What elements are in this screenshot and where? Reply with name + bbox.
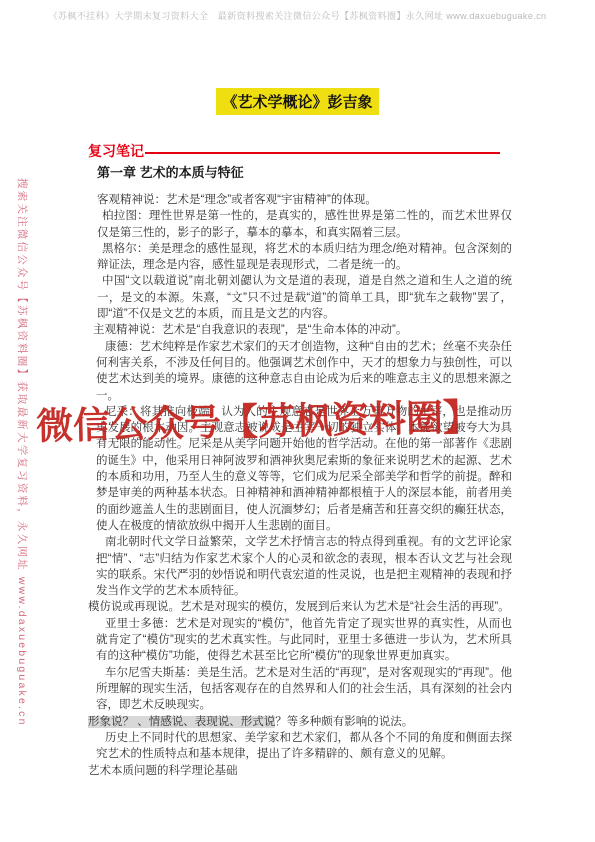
chapter-title: 第一章 艺术的本质与特征: [97, 162, 244, 181]
paragraph-kant: 康德：艺术纯粹是作家艺术家们的天才创造物，这种“自由的艺术；丝毫不夹杂任何利害关…: [88, 339, 512, 404]
doc-title: 《艺术学概论》彭吉象: [216, 88, 378, 115]
side-watermark-text: 搜索关注微信公众号【苏枫资料圈】获取最新大学复习资料，永久网址 www.daxu…: [15, 178, 30, 727]
science-theory-basis-line: 艺术本质问题的科学理论基础: [88, 762, 238, 778]
review-notes-label: 复习笔记: [88, 141, 144, 161]
heading-rule: [145, 152, 500, 154]
paragraph-history-summary: 历史上不同时代的思想家、美学家和艺术家们，都从各个不同的角度和侧面去探究艺术的性…: [88, 730, 512, 763]
paragraph-chernyshevsky: 车尔尼雪夫斯基：美是生活。艺术是对生活的“再现”，是对客观现实的“再现”。他所理…: [88, 665, 512, 714]
paragraph-objective-spirit: 客观精神说：艺术是“理念”或者客观“宇宙精神”的体现。: [88, 192, 512, 208]
highlighted-theories-text: 形象说？ 、情感说、表现说、形式说: [88, 716, 275, 728]
notes-body: 客观精神说：艺术是“理念”或者客观“宇宙精神”的体现。 柏拉图：理性世界是第一性…: [88, 192, 512, 762]
paragraph-nietzsche: 尼采：将其推向极端，认为人的主观意志是世界上万事万物的主宰，也是推动历史发展的根…: [88, 404, 512, 534]
paragraph-subjective-spirit: 主观精神说：艺术是“自我意识的表现”，是“生命本体的冲动”。: [88, 322, 512, 338]
page-header-note: 《苏枫不挂科》大学期末复习资料大全 最新资料搜索关注微信公众号【苏枫资料圈】永久…: [0, 9, 595, 22]
doc-title-row: 《艺术学概论》彭吉象: [0, 88, 595, 115]
review-notes-heading: 复习笔记: [88, 141, 500, 161]
paragraph-imitation-theory: 模仿说或再现说。艺术是对现实的模仿，发展到后来认为艺术是“社会生活的再现”。: [88, 599, 512, 615]
paragraph-nanbeichao: 南北朝时代文学日益繁荣，文学艺术抒情言志的特点得到重视。有的文艺评论家把“情”、…: [88, 534, 512, 599]
theories-rest-text: ？等多种颇有影响的说法。: [275, 716, 413, 728]
document-page: { "page": { "header_note": "《苏枫不挂科》大学期末复…: [0, 0, 595, 842]
paragraph-wenyizaidao: 中国“文以载道说”南北朝刘勰认为文是道的表现，道是自然之道和生人之道的统一，是文…: [88, 273, 512, 322]
paragraph-aristotle: 亚里士多德：艺术是对现实的“模仿”，他首先肯定了现实世界的真实性，从而也就肯定了…: [88, 616, 512, 665]
paragraph-plato: 柏拉图：理性世界是第一性的，是真实的，感性世界是第二性的，而艺术世界仅仅是第三性…: [88, 208, 512, 241]
paragraph-hegel: 黑格尔：美是理念的感性显现，将艺术的本质归结为理念/绝对精神。包含深刻的辩证法，…: [88, 241, 512, 274]
paragraph-other-theories: 形象说？ 、情感说、表现说、形式说？等多种颇有影响的说法。: [88, 714, 512, 730]
